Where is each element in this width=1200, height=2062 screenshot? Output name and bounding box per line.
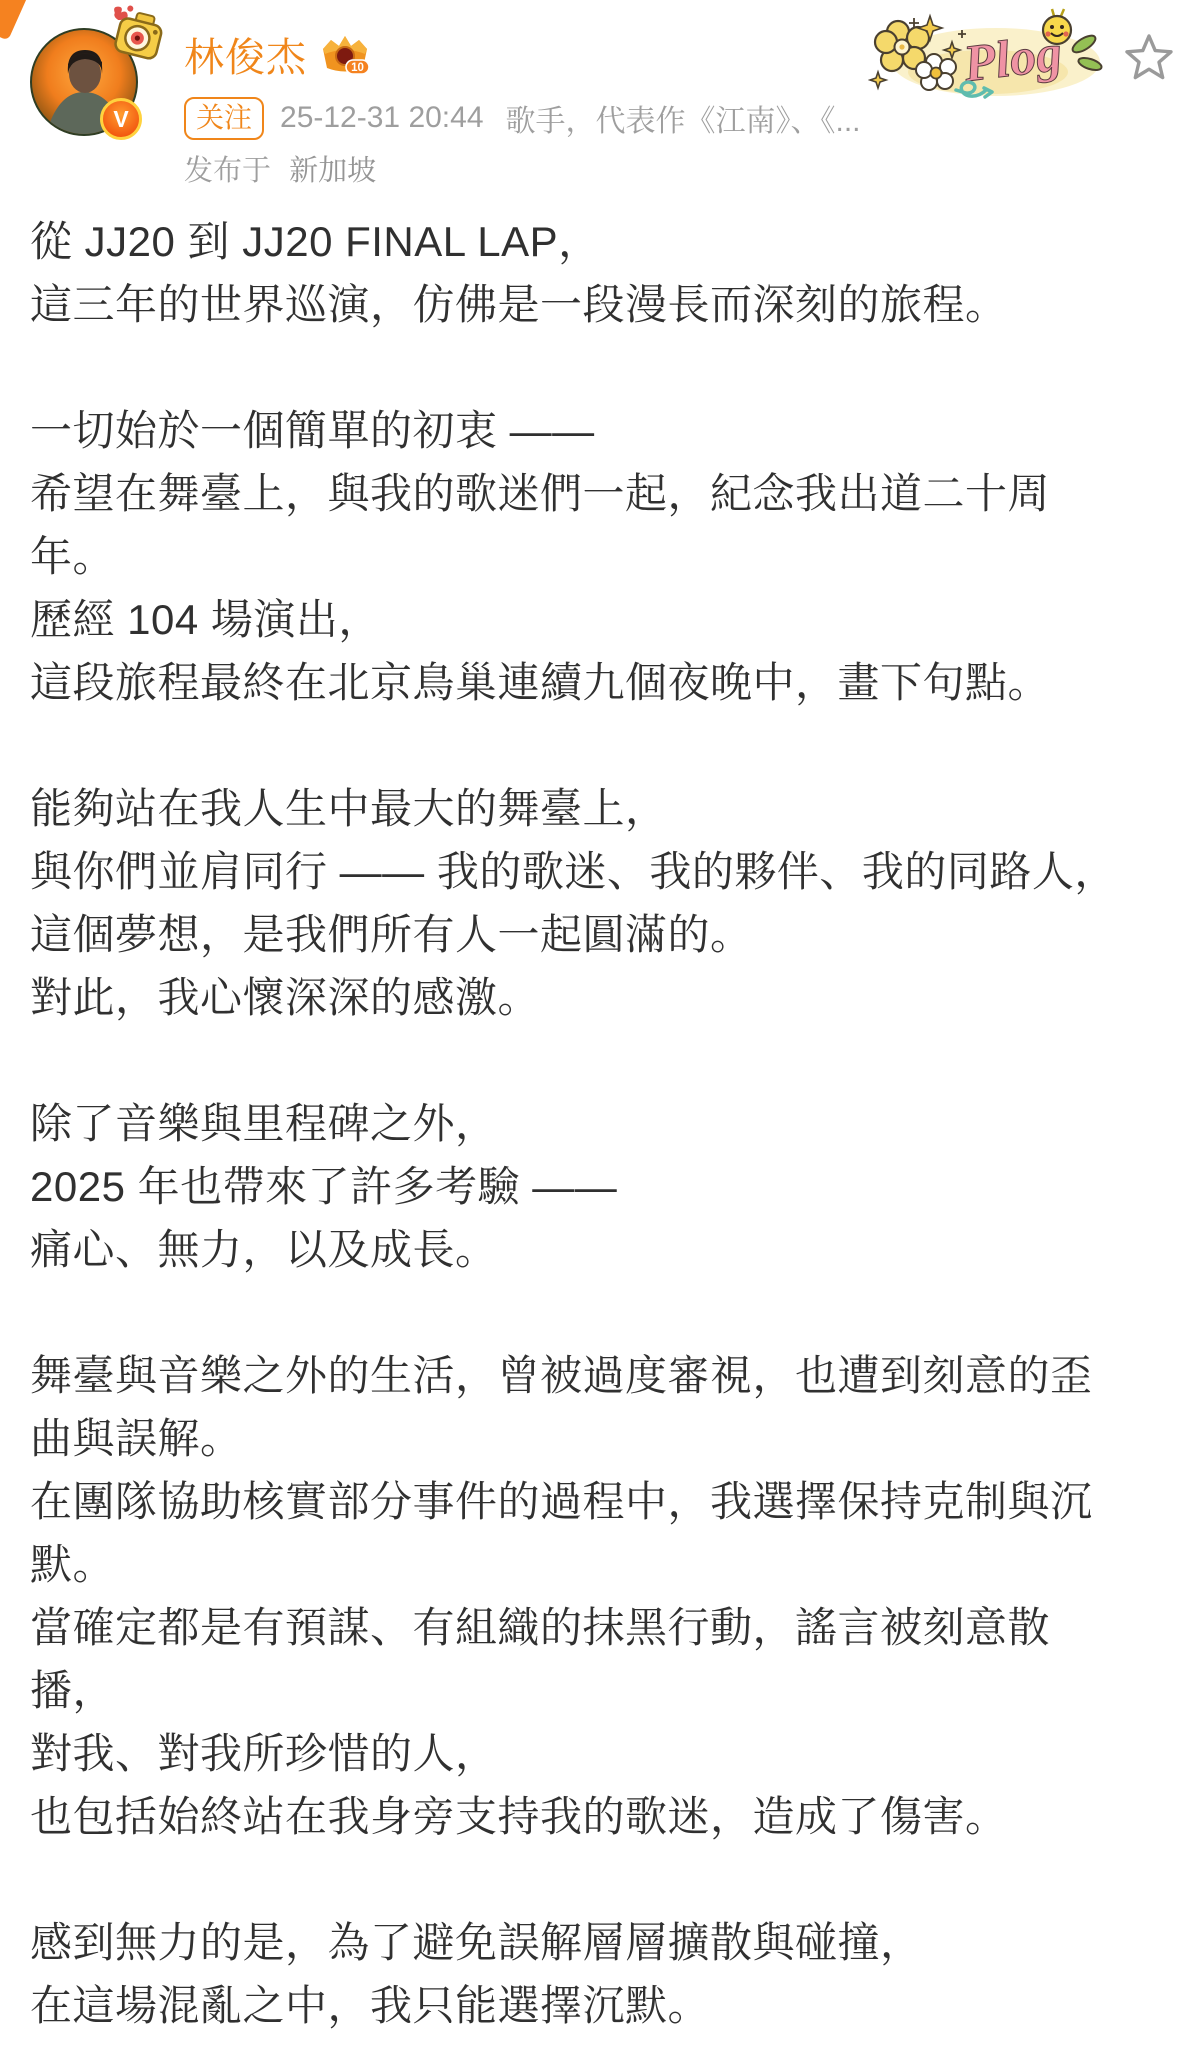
post-paragraph: 除了音樂與里程碑之外， 2025 年也帶來了許多考驗 —— 痛心、無力，以及成長… <box>30 1092 1170 1281</box>
vip-crown-badge[interactable]: 10 <box>319 32 371 78</box>
username[interactable]: 林俊杰 <box>184 26 307 83</box>
post-paragraph: 從 JJ20 到 JJ20 FINAL LAP， 這三年的世界巡演，仿佛是一段漫… <box>30 210 1170 336</box>
post-text: 從 JJ20 到 JJ20 FINAL LAP， 這三年的世界巡演，仿佛是一段漫… <box>0 196 1200 2037</box>
post-paragraph: 一切始於一個簡單的初衷 —— 希望在舞臺上，與我的歌迷們一起，紀念我出道二十周 … <box>30 399 1170 714</box>
user-description: 歌手，代表作《江南》、《... <box>506 96 861 140</box>
weibo-post-card: { "header": { "username": "林俊杰", "vip_le… <box>0 0 1200 2062</box>
verified-letter: V <box>113 108 128 131</box>
follow-button[interactable]: 关注 <box>184 97 264 140</box>
vip-level-number: 10 <box>351 62 364 74</box>
plog-sticker: Plog <box>868 6 1108 102</box>
verified-v-icon: V <box>100 98 142 140</box>
post-header: V 林俊杰 10 关注 25-12-31 20:44 歌手，代表作《江南》、《.… <box>0 0 1200 196</box>
location-prefix: 发布于 <box>184 155 271 187</box>
timestamp: 25-12-31 20:44 <box>280 101 484 135</box>
smiley-icon <box>1043 9 1071 44</box>
favorite-star-icon[interactable] <box>1124 32 1174 82</box>
location-name[interactable]: 新加坡 <box>289 155 376 187</box>
post-paragraph: 感到無力的是，為了避免誤解層層擴散與碰撞， 在這場混亂之中，我只能選擇沉默。 <box>30 1911 1170 2037</box>
post-paragraph: 舞臺與音樂之外的生活，曾被過度審視，也遭到刻意的歪 曲與誤解。 在團隊協助核實部… <box>30 1344 1170 1848</box>
location-line: 发布于 新加坡 <box>184 148 376 189</box>
post-paragraph: 能夠站在我人生中最大的舞臺上， 與你們並肩同行 —— 我的歌迷、我的夥伴、我的同… <box>30 777 1170 1029</box>
